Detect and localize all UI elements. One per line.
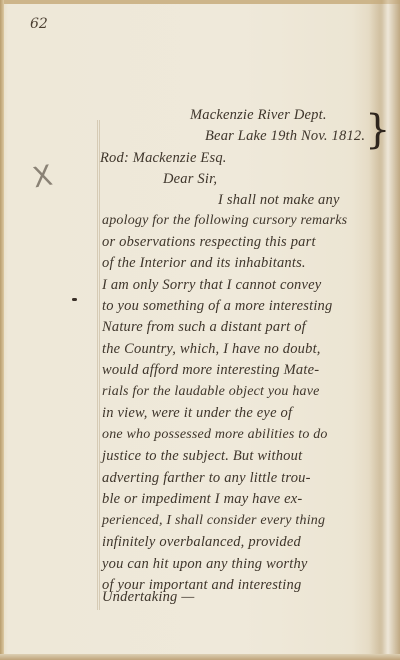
page-left-edge xyxy=(0,0,4,660)
manuscript-page: 62 X Mackenzie River Dept. Bear Lake 19t… xyxy=(0,0,400,660)
book-gutter xyxy=(370,0,400,660)
body-line: one who possessed more abilities to do xyxy=(102,427,328,443)
body-line: the Country, which, I have no doubt, xyxy=(102,341,321,358)
heading-line-1: Mackenzie River Dept. xyxy=(190,107,327,124)
addressee: Rod: Mackenzie Esq. xyxy=(100,150,227,167)
body-line: ble or impediment I may have ex- xyxy=(102,491,302,508)
ink-blot xyxy=(72,298,77,301)
body-line: adverting farther to any little trou- xyxy=(102,470,311,487)
body-line: Nature from such a distant part of xyxy=(102,319,306,336)
margin-rule xyxy=(97,120,100,610)
heading-line-2: Bear Lake 19th Nov. 1812. xyxy=(205,128,365,145)
body-line-closing: Undertaking — xyxy=(102,589,194,606)
body-line: would afford more interesting Mate- xyxy=(102,362,319,379)
body-line: to you something of a more interesting xyxy=(102,298,332,315)
heading-brace: } xyxy=(365,107,390,153)
page-bottom-edge xyxy=(0,654,400,660)
body-line: justice to the subject. But without xyxy=(102,448,302,465)
salutation: Dear Sir, xyxy=(163,171,217,188)
body-line: of the Interior and its inhabitants. xyxy=(102,255,306,272)
body-line: perienced, I shall consider every thing xyxy=(102,513,325,529)
page-number: 62 xyxy=(30,16,48,32)
body-line: in view, were it under the eye of xyxy=(102,405,292,422)
body-line: I am only Sorry that I cannot convey xyxy=(102,277,321,294)
body-line: you can hit upon any thing worthy xyxy=(102,556,308,573)
margin-x-mark: X xyxy=(30,159,55,195)
page-top-edge xyxy=(0,0,400,4)
body-line: or observations respecting this part xyxy=(102,234,316,251)
body-line: I shall not make any xyxy=(218,192,340,209)
body-line: apology for the following cursory remark… xyxy=(102,213,347,229)
body-line: rials for the laudable object you have xyxy=(102,384,320,400)
body-line: infinitely overbalanced, provided xyxy=(102,534,301,551)
